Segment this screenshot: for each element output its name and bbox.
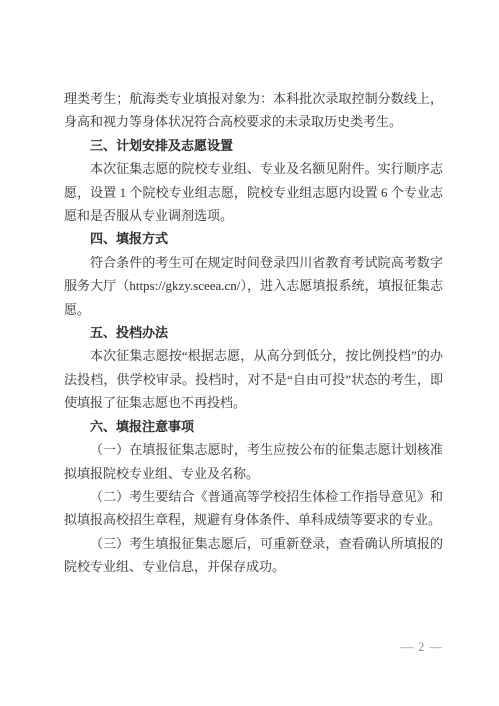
page-number: — 2 — [64, 640, 443, 655]
doc-paragraph: 符合条件的考生可在规定时间登录四川省教育考试院高考数字服务大厅（https://… [64, 251, 443, 321]
scanned-document-page: 理类考生；航海类专业填报对象为：本科批次录取控制分数线上，身高和视力等身体状况符… [0, 0, 499, 706]
doc-paragraph: 本次征集志愿的院校专业组、专业及名额见附件。实行顺序志愿，设置 1 个院校专业组… [64, 157, 443, 227]
section-heading: 五、投档办法 [64, 321, 443, 344]
section-heading: 四、填报方式 [64, 227, 443, 250]
section-heading: 六、填报注意事项 [64, 415, 443, 438]
doc-paragraph: 本次征集志愿按“根据志愿，从高分到低分，按比例投档”的办法投档，供学校审录。投档… [64, 344, 443, 414]
doc-paragraph: （一）在填报征集志愿时，考生应按公布的征集志愿计划核准拟填报院校专业组、专业及名… [64, 438, 443, 485]
section-heading: 三、计划安排及志愿设置 [64, 134, 443, 157]
document-body: 理类考生；航海类专业填报对象为：本科批次录取控制分数线上，身高和视力等身体状况符… [64, 87, 443, 579]
doc-paragraph: （二）考生要结合《普通高等学校招生体检工作指导意见》和拟填报高校招生章程，规避有… [64, 485, 443, 532]
doc-paragraph: 理类考生；航海类专业填报对象为：本科批次录取控制分数线上，身高和视力等身体状况符… [64, 87, 443, 134]
doc-paragraph: （三）考生填报征集志愿后，可重新登录，查看确认所填报的院校专业组、专业信息，并保… [64, 532, 443, 579]
